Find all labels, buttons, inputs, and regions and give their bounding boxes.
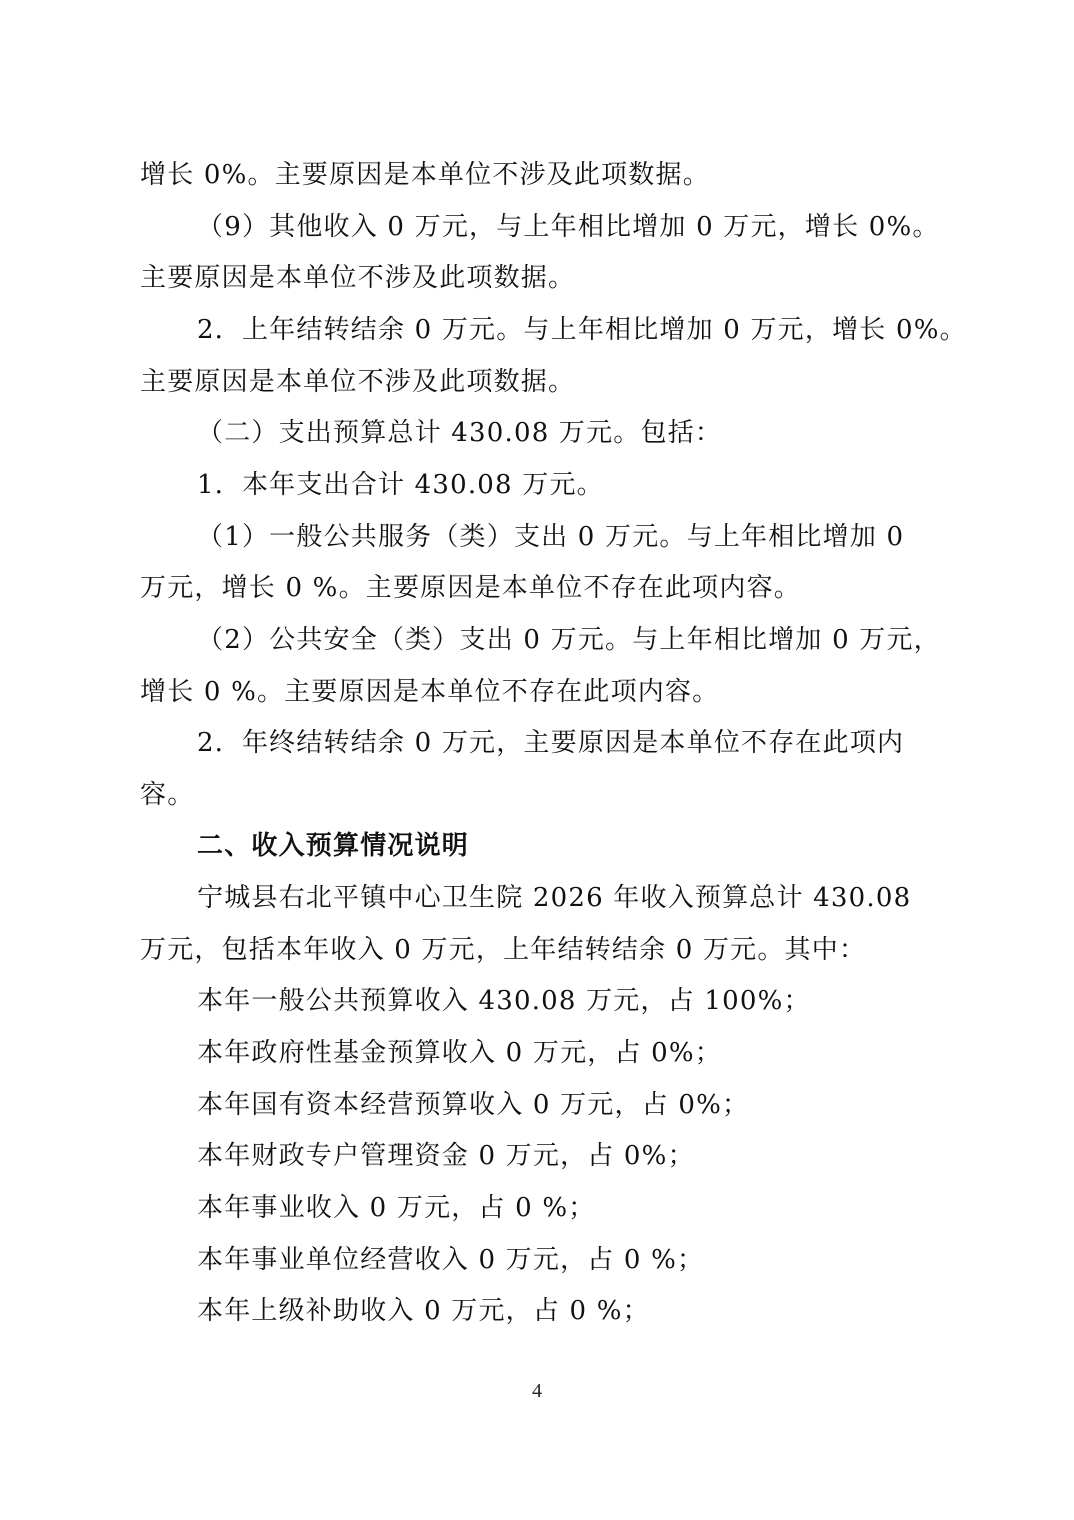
page-number: 4 [0,1380,1074,1403]
paragraph-line: 2．上年结转结余 0 万元。与上年相比增加 0 万元，增长 0%。 [197,310,997,350]
list-item: 本年上级补助收入 0 万元，占 0 %； [197,1291,997,1331]
paragraph-line: （2）公共安全（类）支出 0 万元。与上年相比增加 0 万元， [197,620,997,660]
paragraph-line: 主要原因是本单位不涉及此项数据。 [140,258,940,298]
list-item: 本年事业单位经营收入 0 万元，占 0 %； [197,1240,997,1280]
paragraph-line: 容。 [140,775,940,815]
paragraph-line: 1．本年支出合计 430.08 万元。 [197,465,997,505]
document-page: 增长 0%。主要原因是本单位不涉及此项数据。 （9）其他收入 0 万元，与上年相… [0,0,1074,1520]
paragraph-line: 万元，包括本年收入 0 万元，上年结转结余 0 万元。其中： [140,930,940,970]
list-item: 本年国有资本经营预算收入 0 万元，占 0%； [197,1085,997,1125]
list-item: 本年财政专户管理资金 0 万元，占 0%； [197,1136,997,1176]
paragraph-line: （9）其他收入 0 万元，与上年相比增加 0 万元，增长 0%。 [197,207,997,247]
section-heading: 二、收入预算情况说明 [197,826,997,866]
paragraph-line: （二）支出预算总计 430.08 万元。包括： [197,413,997,453]
paragraph-line: 增长 0%。主要原因是本单位不涉及此项数据。 [140,155,940,195]
paragraph-line: 增长 0 %。主要原因是本单位不存在此项内容。 [140,672,940,712]
list-item: 本年政府性基金预算收入 0 万元，占 0%； [197,1033,997,1073]
list-item: 本年一般公共预算收入 430.08 万元，占 100%； [197,981,997,1021]
paragraph-line: 宁城县右北平镇中心卫生院 2026 年收入预算总计 430.08 [197,878,997,918]
paragraph-line: （1）一般公共服务（类）支出 0 万元。与上年相比增加 0 [197,517,997,557]
paragraph-line: 主要原因是本单位不涉及此项数据。 [140,362,940,402]
paragraph-line: 2．年终结转结余 0 万元，主要原因是本单位不存在此项内 [197,723,997,763]
list-item: 本年事业收入 0 万元，占 0 %； [197,1188,997,1228]
paragraph-line: 万元，增长 0 %。主要原因是本单位不存在此项内容。 [140,568,940,608]
